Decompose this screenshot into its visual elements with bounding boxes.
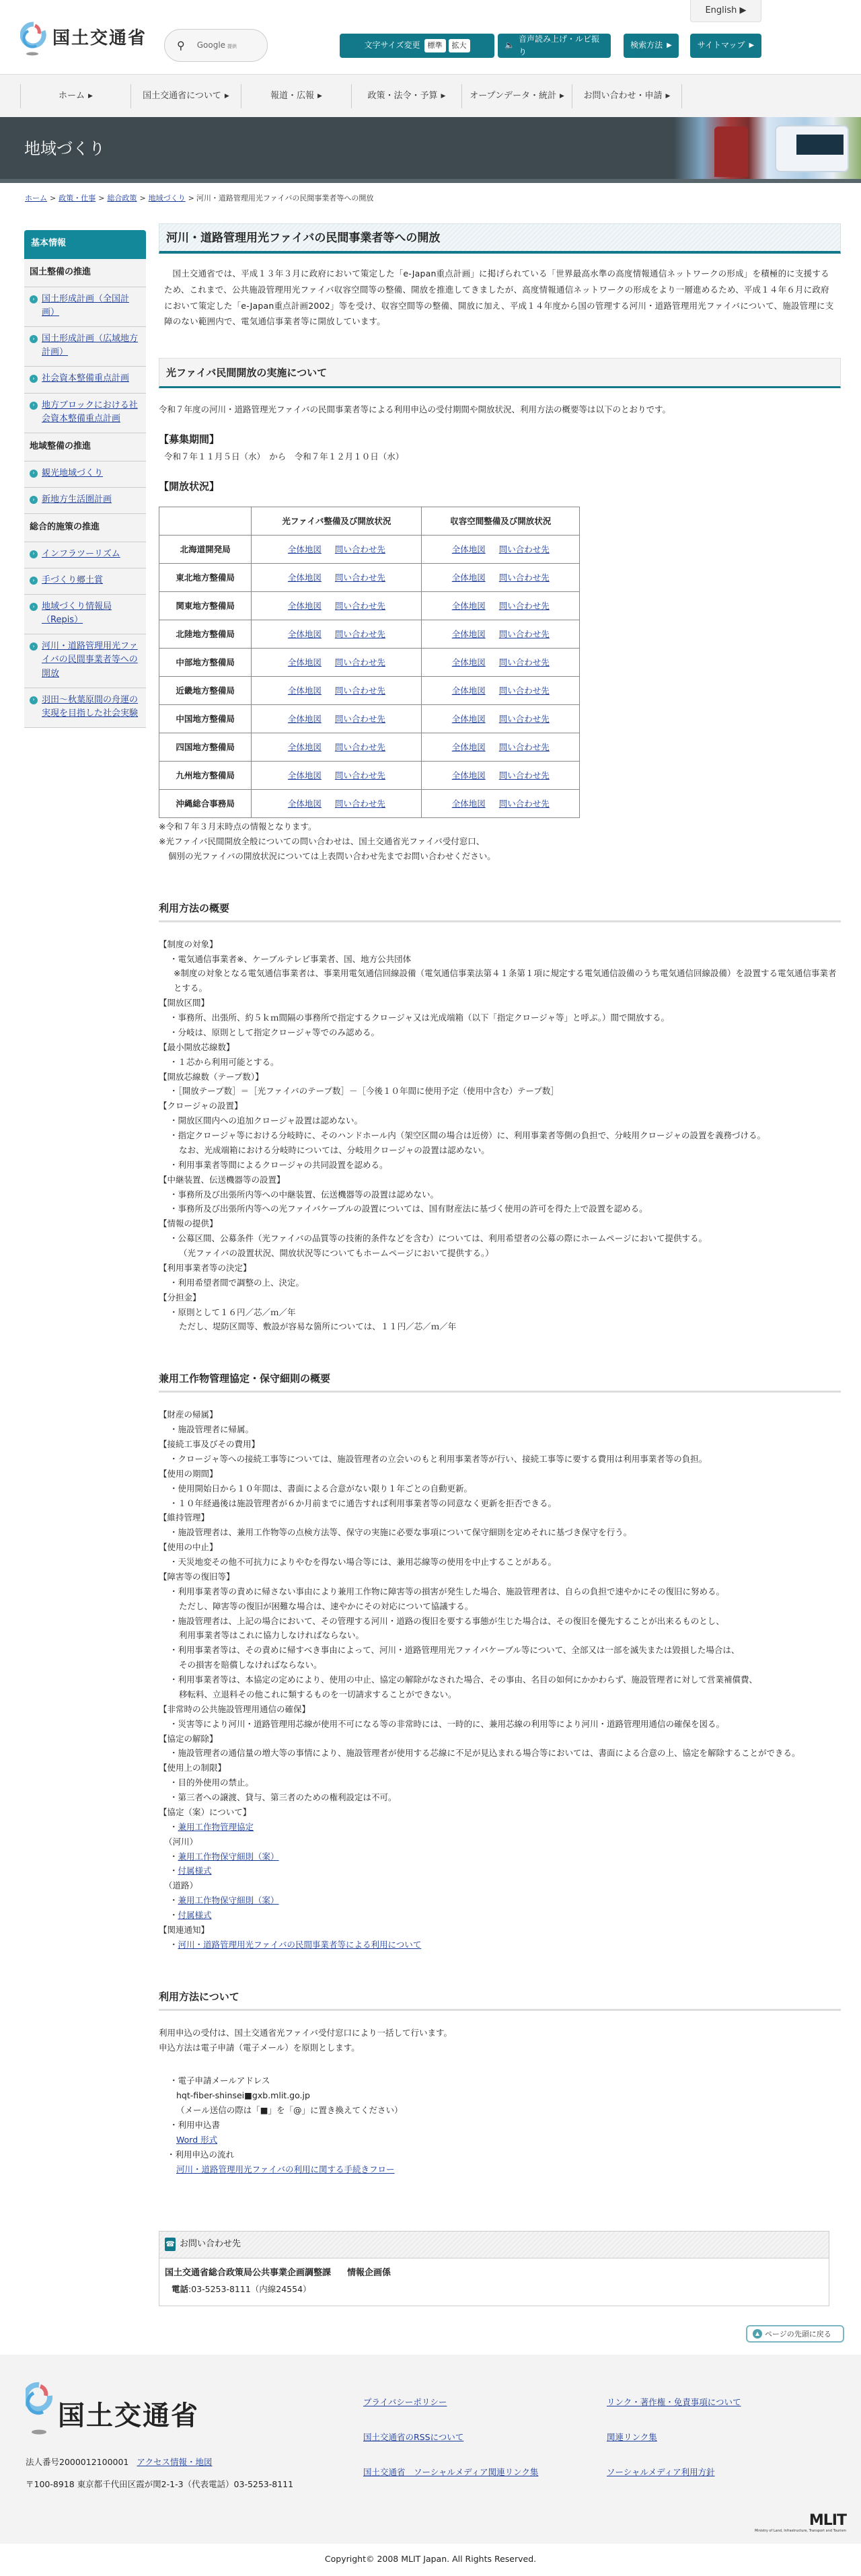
speech-ruby-button[interactable]: 🔈 音声読み上げ・ルビ振り: [498, 34, 611, 58]
privacy-policy-link[interactable]: プライバシーポリシー: [363, 2396, 447, 2409]
contact-unit: 情報企画係: [347, 2268, 391, 2278]
bus-image: [775, 125, 849, 172]
gnav-about[interactable]: 国土交通省について▶: [130, 84, 241, 108]
subsection-heading: 【使用の中止】: [159, 1540, 841, 1555]
copyright: Copyright© 2008 MLIT Japan. All Rights R…: [0, 2544, 861, 2576]
section-heading: 利用方法について: [159, 1989, 841, 2011]
chevron-right-icon: ›: [30, 642, 38, 651]
fiber-map-link[interactable]: 全体地図: [288, 629, 322, 639]
sidebar-item[interactable]: ›手づくり郷土賞: [24, 568, 146, 595]
fiber-map-link[interactable]: 全体地図: [288, 657, 322, 667]
table-note: ※令和７年３月末時点の情報となります。: [159, 819, 841, 834]
sidebar-item[interactable]: ›新地方生活圏計画: [24, 488, 146, 514]
contact-tel-label: 電話: [172, 2284, 188, 2294]
road-forms-link[interactable]: 付属様式: [178, 1910, 212, 1920]
body-line: ・公募区間、公募条件（光ファイバの品質等の技術的条件などを含む）については、利用…: [159, 1231, 841, 1246]
application-period: 令和７年１１月５日（水） から 令和７年１２月１０日（水）: [159, 450, 841, 464]
body-line: ・分岐は、原則として指定クロージャ等でのみ認める。: [159, 1025, 841, 1040]
banner-title: 地域づくり: [24, 136, 105, 161]
status-heading: 【開放状況】: [159, 478, 841, 494]
body-line: ・クロージャ等への接続工事等については、施設管理者の立会いのもと利用事業者等が行…: [159, 1452, 841, 1467]
body-line: ・災害等により河川・道路管理用芯線が使用不可になる等の非常時には、一時的に、兼用…: [159, 1717, 841, 1732]
subsection-heading: 【非常時の公共施設管理用通信の確保】: [159, 1702, 841, 1717]
chevron-right-icon: ›: [30, 696, 38, 704]
table-row: 中国地方整備局全体地図問い合わせ先全体地図問い合わせ先: [159, 705, 580, 733]
conduit-contact-link[interactable]: 問い合わせ先: [499, 799, 550, 809]
subsection-heading: 【クロージャの設置】: [159, 1099, 841, 1113]
conduit-map-link[interactable]: 全体地図: [452, 657, 486, 667]
table-row: 四国地方整備局全体地図問い合わせ先全体地図問い合わせ先: [159, 733, 580, 762]
contact-heading: お問い合わせ先: [180, 2238, 241, 2252]
body-line: ・利用希望者間で調整の上、決定。: [159, 1276, 841, 1290]
font-size-large-button[interactable]: 拡大: [449, 39, 470, 52]
arrow-right-icon: ▶: [749, 40, 754, 51]
body-line: （光ファイバの設置状況、開放状況等についてもホームページにおいて提供する。）: [159, 1246, 841, 1261]
related-links-link[interactable]: 関連リンク集: [607, 2431, 657, 2444]
agreement-overview-body: 【財産の帰属】・施設管理者に帰属。【接続工事及びその費用】・クロージャ等への接続…: [159, 1393, 841, 1952]
body-line: ・使用開始日から１０年間は、書面による合意がない限り１年ごとの自動更新。: [159, 1481, 841, 1496]
sidebar-item[interactable]: ›インフラツーリズム: [24, 542, 146, 568]
banner-photo: [674, 117, 861, 179]
river-label: （河川）: [159, 1835, 841, 1849]
footer-logo-text: 国土交通省: [58, 2394, 199, 2437]
section-intro: 令和７年度の河川・道路管理光ファイバの民間事業者等による利用申込の受付期間や開放…: [159, 388, 841, 416]
table-row: 東北地方整備局全体地図問い合わせ先全体地図問い合わせ先: [159, 564, 580, 592]
agreement-link[interactable]: 兼用工作物管理協定: [178, 1822, 254, 1832]
gnav-home[interactable]: ホーム▶: [20, 84, 130, 108]
social-media-links-link[interactable]: 国土交通省 ソーシャルメディア関連リンク集: [363, 2466, 538, 2479]
road-label: （道路）: [159, 1878, 841, 1893]
section-heading: 兼用工作物管理協定・保守細則の概要: [159, 1370, 841, 1393]
fiber-map-link[interactable]: 全体地図: [288, 686, 322, 696]
subsection-heading: 【最小開放芯線数】: [159, 1040, 841, 1055]
mlit-emblem-icon: [20, 22, 47, 57]
subsection-heading: 【制度の対象】: [159, 937, 841, 952]
table-header: 収容空間整備及び開放状況: [422, 507, 580, 536]
conduit-map-link[interactable]: 全体地図: [452, 601, 486, 611]
fiber-contact-link[interactable]: 問い合わせ先: [335, 799, 385, 809]
fiber-map-link[interactable]: 全体地図: [288, 770, 322, 780]
font-size-standard-button[interactable]: 標準: [424, 39, 446, 52]
sidebar-item[interactable]: ›地方ブロックにおける社会資本整備重点計画: [24, 394, 146, 433]
conduit-contact-link[interactable]: 問い合わせ先: [499, 742, 550, 752]
subsection-heading: 【開放区間】: [159, 996, 841, 1010]
body-line: ・指定クロージャ等における分岐時に、そのハンドホール内（架空区間の場合は近傍）に…: [159, 1128, 841, 1143]
breadcrumb-general-policy[interactable]: 総合政策: [107, 194, 137, 203]
notice-link[interactable]: 河川・道路管理用光ファイバの民間事業者等による利用について: [178, 1940, 422, 1950]
search-method-button[interactable]: 検索方法▶: [624, 34, 679, 58]
sidebar-item-current[interactable]: ›河川・道路管理用光ファイバの民間事業者等への開放: [24, 634, 146, 688]
mlit-wordmark: MLIT Ministry of Land, Infrastructure, T…: [755, 2513, 846, 2534]
table-row: 近畿地方整備局全体地図問い合わせ先全体地図問い合わせ先: [159, 677, 580, 705]
body-line: ・利用事業者等の責めに帰さない事由により兼用工作物に障害等の損害が発生した場合、…: [159, 1584, 841, 1599]
phone-icon: ☎: [165, 2238, 176, 2251]
arrow-right-icon: ▶: [317, 91, 322, 101]
fiber-map-link[interactable]: 全体地図: [288, 742, 322, 752]
conduit-map-link[interactable]: 全体地図: [452, 742, 486, 752]
body-line: 移転料、立退料その他これに類するものを一切請求することができない。: [159, 1687, 841, 1702]
flow-label: ・利用申込の流れ: [159, 2147, 841, 2162]
sidebar-item[interactable]: ›羽田～秋葉原間の舟運の実現を目指した社会実験: [24, 688, 146, 728]
office-name: 北陸地方整備局: [159, 620, 252, 649]
table-header: [159, 507, 252, 536]
body-line: ・１０年経過後は施設管理者が６か月前までに通告すれば利用事業者等の同意なく更新を…: [159, 1496, 841, 1511]
category-banner: 地域づくり: [0, 117, 861, 183]
site-header: 国土交通省 ⚲ Google提供 English ▶ 文字サイズ変更 標準 拡大…: [0, 0, 861, 74]
body-line: ・目的外使用の禁止。: [159, 1775, 841, 1790]
river-rules-link[interactable]: 兼用工作物保守細則（案）: [178, 1851, 279, 1862]
office-name: 関東地方整備局: [159, 592, 252, 620]
subsection-heading: 【使用上の制限】: [159, 1761, 841, 1775]
main-content: 河川・道路管理用光ファイバの民間事業者等への開放 国土交通省では、平成１３年３月…: [159, 215, 841, 2306]
breadcrumb-home[interactable]: ホーム: [25, 194, 47, 203]
office-name: 中部地方整備局: [159, 649, 252, 677]
conduit-contact-link[interactable]: 問い合わせ先: [499, 714, 550, 724]
conduit-contact-link[interactable]: 問い合わせ先: [499, 573, 550, 583]
chevron-right-icon: ›: [30, 603, 38, 611]
conduit-contact-link[interactable]: 問い合わせ先: [499, 544, 550, 554]
breadcrumb-policy[interactable]: 政策・仕事: [59, 194, 96, 203]
fiber-contact-link[interactable]: 問い合わせ先: [335, 686, 385, 696]
body-line: その損害を賠償しなければならない。: [159, 1658, 841, 1672]
train-image: [714, 126, 748, 177]
contact-tel: :03-5253-8111（内線24554）: [188, 2284, 311, 2294]
office-name: 近畿地方整備局: [159, 677, 252, 705]
body-line: ・原則として１６円／芯／ｍ／年: [159, 1305, 841, 1320]
breadcrumb-current: 河川・道路管理用光ファイバの民間事業者等への開放: [196, 194, 374, 203]
notice-heading: 【関連通知】: [159, 1923, 841, 1938]
subsection-heading: 【使用の期間】: [159, 1467, 841, 1481]
body-line: ・利用事業者等間によるクロージャの共同設置を認める。: [159, 1158, 841, 1173]
section-heading: 利用方法の概要: [159, 900, 841, 922]
fiber-map-link[interactable]: 全体地図: [288, 601, 322, 611]
sidebar-group-title: 総合的施策の推進: [24, 514, 146, 542]
sidebar-head: 基本情報: [24, 230, 146, 259]
office-name: 四国地方整備局: [159, 733, 252, 762]
subsection-heading: 【利用事業者等の決定】: [159, 1261, 841, 1276]
subsection-heading: 【情報の提供】: [159, 1216, 841, 1231]
arrow-right-icon: ▶: [88, 91, 93, 101]
application-method-body: 利用申込の受付は、国土交通省光ファイバ受付窓口により一括して行います。 申込方法…: [159, 2011, 841, 2177]
fiber-map-link[interactable]: 全体地図: [288, 714, 322, 724]
conduit-map-link[interactable]: 全体地図: [452, 714, 486, 724]
table-note: 個別の光ファイバの開放状況については上表問い合わせ先までお問い合わせください。: [159, 849, 841, 864]
table-row: 中部地方整備局全体地図問い合わせ先全体地図問い合わせ先: [159, 649, 580, 677]
body-line: ※制度の対象となる電気通信事業者は、事業用電気通信回線設備（電気通信事業法第４１…: [159, 966, 841, 996]
conduit-contact-link[interactable]: 問い合わせ先: [499, 629, 550, 639]
table-row: 北海道開発局全体地図問い合わせ先全体地図問い合わせ先: [159, 536, 580, 564]
subsection-heading: 【協定の解除】: [159, 1732, 841, 1746]
body-line: ・天災地変その他不可抗力によりやむを得ない場合等には、兼用芯線等の使用を中止する…: [159, 1555, 841, 1570]
conduit-map-link[interactable]: 全体地図: [452, 629, 486, 639]
fiber-contact-link[interactable]: 問い合わせ先: [335, 544, 385, 554]
sidebar-item[interactable]: ›観光地域づくり: [24, 462, 146, 488]
office-name: 北海道開発局: [159, 536, 252, 564]
body-line: ・施設管理者は、上記の場合において、その管理する河川・道路の復旧を要する事態が生…: [159, 1614, 841, 1629]
subsection-heading: 【財産の帰属】: [159, 1407, 841, 1422]
sidebar: 基本情報 国土整備の推進 ›国土形成計画（全国計画） ›国土形成計画（広域地方計…: [24, 230, 146, 2306]
fiber-contact-link[interactable]: 問い合わせ先: [335, 714, 385, 724]
page-title: 河川・道路管理用光ファイバの民間事業者等への開放: [159, 223, 841, 254]
sidebar-item[interactable]: ›国土形成計画（広域地方計画）: [24, 327, 146, 367]
mlit-logo[interactable]: 国土交通省: [20, 22, 147, 57]
period-heading: 【募集期間】: [159, 431, 841, 447]
conduit-map-link[interactable]: 全体地図: [452, 686, 486, 696]
arrow-up-icon: ▲: [753, 2329, 762, 2339]
footer-logo[interactable]: 国土交通省: [26, 2380, 199, 2437]
fiber-contact-link[interactable]: 問い合わせ先: [335, 601, 385, 611]
arrow-right-icon: ▶: [666, 91, 671, 101]
arrow-right-icon: ▶: [667, 40, 672, 51]
chevron-right-icon: ›: [30, 402, 38, 410]
table-row: 北陸地方整備局全体地図問い合わせ先全体地図問い合わせ先: [159, 620, 580, 649]
font-size-control: 文字サイズ変更 標準 拡大: [340, 34, 494, 58]
body-line: ただし、堤防区間等、敷設が容易な箇所については、１１円／芯／ｍ／年: [159, 1319, 841, 1334]
word-form-link[interactable]: Word 形式: [176, 2135, 217, 2145]
road-rules-link[interactable]: 兼用工作物保守細則（案）: [178, 1895, 279, 1905]
email-label: ・電子申請メールアドレス: [159, 2073, 841, 2088]
flow-link[interactable]: 河川・道路管理用光ファイバの利用に関する手続きフロー: [176, 2164, 395, 2174]
conduit-contact-link[interactable]: 問い合わせ先: [499, 601, 550, 611]
body-line: ・施設管理者は、兼用工作物等の点検方法等、保守の実施に必要な事項について保守細則…: [159, 1525, 841, 1540]
conduit-map-link[interactable]: 全体地図: [452, 770, 486, 780]
body-line: ・利用事業者等は、その責めに帰すべき事由によって、河川・道路管理用光ファイバケー…: [159, 1643, 841, 1658]
chevron-right-icon: ›: [30, 375, 38, 383]
access-map-link[interactable]: アクセス情報・地図: [137, 2457, 212, 2467]
corporate-number: 法人番号2000012100001: [26, 2457, 128, 2467]
body-line: なお、光成端箱における分岐時については、分岐用クロージャの設置は認めない。: [159, 1143, 841, 1158]
body-line: ・事務所、出張所、約５ｋｍ間隔の事務所で指定するクロージャ又は光成端箱（以下「指…: [159, 1010, 841, 1025]
body-line: ・１芯から利用可能とする。: [159, 1055, 841, 1070]
site-footer: 国土交通省 法人番号2000012100001アクセス情報・地図 〒100-89…: [0, 2355, 861, 2544]
office-name: 沖縄総合事務局: [159, 790, 252, 818]
chevron-right-icon: ›: [30, 496, 38, 504]
table-row: 関東地方整備局全体地図問い合わせ先全体地図問い合わせ先: [159, 592, 580, 620]
conduit-map-link[interactable]: 全体地図: [452, 573, 486, 583]
agreement-heading: 【協定（案）について】: [159, 1805, 841, 1820]
form-label: ・利用申込書: [159, 2118, 841, 2133]
fiber-map-link[interactable]: 全体地図: [288, 573, 322, 583]
conduit-contact-link[interactable]: 問い合わせ先: [499, 770, 550, 780]
conduit-contact-link[interactable]: 問い合わせ先: [499, 686, 550, 696]
gnav-policy[interactable]: 政策・法令・予算▶: [351, 84, 461, 108]
fiber-contact-link[interactable]: 問い合わせ先: [335, 770, 385, 780]
fiber-contact-link[interactable]: 問い合わせ先: [335, 657, 385, 667]
fiber-contact-link[interactable]: 問い合わせ先: [335, 742, 385, 752]
subsection-heading: 【維持管理】: [159, 1510, 841, 1525]
mlit-emblem-icon: [26, 2380, 52, 2436]
back-to-top-button[interactable]: ▲ ページの先頭に戻る: [746, 2325, 844, 2343]
chevron-right-icon: ›: [30, 577, 38, 585]
river-forms-link[interactable]: 付属様式: [178, 1866, 212, 1876]
body-line: 利用事業者等はこれに協力しなければならない。: [159, 1628, 841, 1643]
office-name: 東北地方整備局: [159, 564, 252, 592]
usage-overview-body: 【制度の対象】・電気通信事業者※、ケーブルテレビ事業者、国、地方公共団体※制度の…: [159, 922, 841, 1335]
gnav-opendata[interactable]: オープンデータ・統計▶: [461, 84, 572, 108]
fiber-contact-link[interactable]: 問い合わせ先: [335, 573, 385, 583]
fiber-map-link[interactable]: 全体地図: [288, 799, 322, 809]
table-row: 沖縄総合事務局全体地図問い合わせ先全体地図問い合わせ先: [159, 790, 580, 818]
chevron-right-icon: ›: [30, 550, 38, 558]
copyright-link[interactable]: リンク・著作権・免責事項について: [607, 2396, 741, 2409]
conduit-contact-link[interactable]: 問い合わせ先: [499, 657, 550, 667]
table-note: ※光ファイバ民間開放全般についての問い合わせは、国土交通省光ファイバ受付窓口、: [159, 834, 841, 849]
body-line: ・第三者への譲渡、貸与、第三者のための権利設定は不可。: [159, 1790, 841, 1805]
table-row: 九州地方整備局全体地図問い合わせ先全体地図問い合わせ先: [159, 762, 580, 790]
email-note: （メール送信の際は「■」を「@」に置き換えてください）: [159, 2103, 841, 2118]
lead-paragraph: 国土交通省では、平成１３年３月に政府において策定した「e-Japan重点計画」に…: [159, 254, 841, 330]
sidebar-group-title: 地域整備の推進: [24, 433, 146, 462]
body-line: ・事務所及び出張所内等への中継装置、伝送機器等の設置は認めない。: [159, 1187, 841, 1202]
body-line: ・電気通信事業者※、ケーブルテレビ事業者、国、地方公共団体: [159, 952, 841, 967]
conduit-map-link[interactable]: 全体地図: [452, 544, 486, 554]
sidebar-item[interactable]: ›国土形成計画（全国計画）: [24, 287, 146, 327]
sidebar-item[interactable]: ›地域づくり情報局（Repis）: [24, 595, 146, 634]
search-placeholder: Google提供: [197, 39, 237, 52]
conduit-map-link[interactable]: 全体地図: [452, 799, 486, 809]
subsection-heading: 【障害等の復旧等】: [159, 1570, 841, 1584]
email-address[interactable]: hqt-fiber-shinsei■gxb.mlit.go.jp: [159, 2088, 841, 2103]
gnav-press[interactable]: 報道・広報▶: [241, 84, 351, 108]
breadcrumb-regional[interactable]: 地域づくり: [149, 194, 186, 203]
body-line: ・［開放テープ数］＝［光ファイバのテープ数］－［今後１０年間に使用予定（使用中含…: [159, 1084, 841, 1099]
site-search-input[interactable]: ⚲ Google提供: [164, 29, 268, 62]
chevron-right-icon: ›: [30, 470, 38, 478]
subsection-heading: 【開放芯線数（テープ数）】: [159, 1070, 841, 1084]
contact-org: 国土交通省総合政策局公共事業企画調整課: [165, 2268, 331, 2278]
body-line: ただし、障害等の復旧が困難な場合は、速やかにその対応について協議する。: [159, 1599, 841, 1614]
social-media-policy-link[interactable]: ソーシャルメディア利用方針: [607, 2466, 715, 2479]
table-header: 光ファイバ整備及び開放状況: [252, 507, 422, 536]
office-name: 九州地方整備局: [159, 762, 252, 790]
footer-address: 〒100-8918 東京都千代田区霞が関2-1-3（代表電話）03-5253-8…: [26, 2478, 293, 2491]
fiber-map-link[interactable]: 全体地図: [288, 544, 322, 554]
english-button[interactable]: English ▶: [690, 0, 761, 22]
body-line: ・開放区間内への追加クロージャ設置は認めない。: [159, 1113, 841, 1128]
contact-box: ☎ お問い合わせ先 国土交通省総合政策局公共事業企画調整課情報企画係 電話:03…: [159, 2231, 829, 2307]
arrow-right-icon: ▶: [225, 91, 229, 101]
body-line: ・施設管理者に帰属。: [159, 1422, 841, 1437]
speaker-icon: 🔈: [504, 39, 515, 52]
breadcrumb: ホーム>政策・仕事>総合政策>地域づくり>河川・道路管理用光ファイバの民間事業者…: [0, 183, 861, 215]
chevron-right-icon: ›: [30, 295, 38, 303]
subsection-heading: 【接続工事及びその費用】: [159, 1437, 841, 1452]
opening-status-table: 光ファイバ整備及び開放状況 収容空間整備及び開放状況 北海道開発局全体地図問い合…: [159, 507, 580, 818]
body-line: ・施設管理者の通信量の増大等の事情により、施設管理者が使用する芯線に不足が見込ま…: [159, 1746, 841, 1761]
body-line: ・利用事業者等は、本協定の定めにより、使用の中止、協定の解除がなされた場合、その…: [159, 1672, 841, 1687]
logo-text: 国土交通省: [52, 25, 147, 53]
office-name: 中国地方整備局: [159, 705, 252, 733]
gnav-contact[interactable]: お問い合わせ・申請▶: [572, 84, 682, 108]
sitemap-button[interactable]: サイトマップ▶: [690, 34, 761, 58]
section-heading: 光ファイバ民間開放の実施について: [159, 358, 841, 388]
rss-link[interactable]: 国土交通省のRSSについて: [363, 2431, 463, 2444]
sidebar-group-title: 国土整備の推進: [24, 259, 146, 287]
body-line: ・事務所及び出張所内等への光ファイバケーブルの設置については、国有財産法に基づく…: [159, 1202, 841, 1216]
arrow-right-icon: ▶: [441, 91, 446, 101]
subsection-heading: 【中継装置、伝送機器等の設置】: [159, 1173, 841, 1187]
sidebar-item[interactable]: ›社会資本整備重点計画: [24, 367, 146, 393]
font-size-label: 文字サイズ変更: [364, 39, 420, 52]
subsection-heading: 【分担金】: [159, 1290, 841, 1305]
search-icon: ⚲: [177, 37, 185, 54]
arrow-right-icon: ▶: [560, 91, 564, 101]
chevron-right-icon: ›: [30, 335, 38, 343]
global-nav: ホーム▶ 国土交通省について▶ 報道・広報▶ 政策・法令・予算▶ オープンデータ…: [0, 74, 861, 117]
fiber-contact-link[interactable]: 問い合わせ先: [335, 629, 385, 639]
